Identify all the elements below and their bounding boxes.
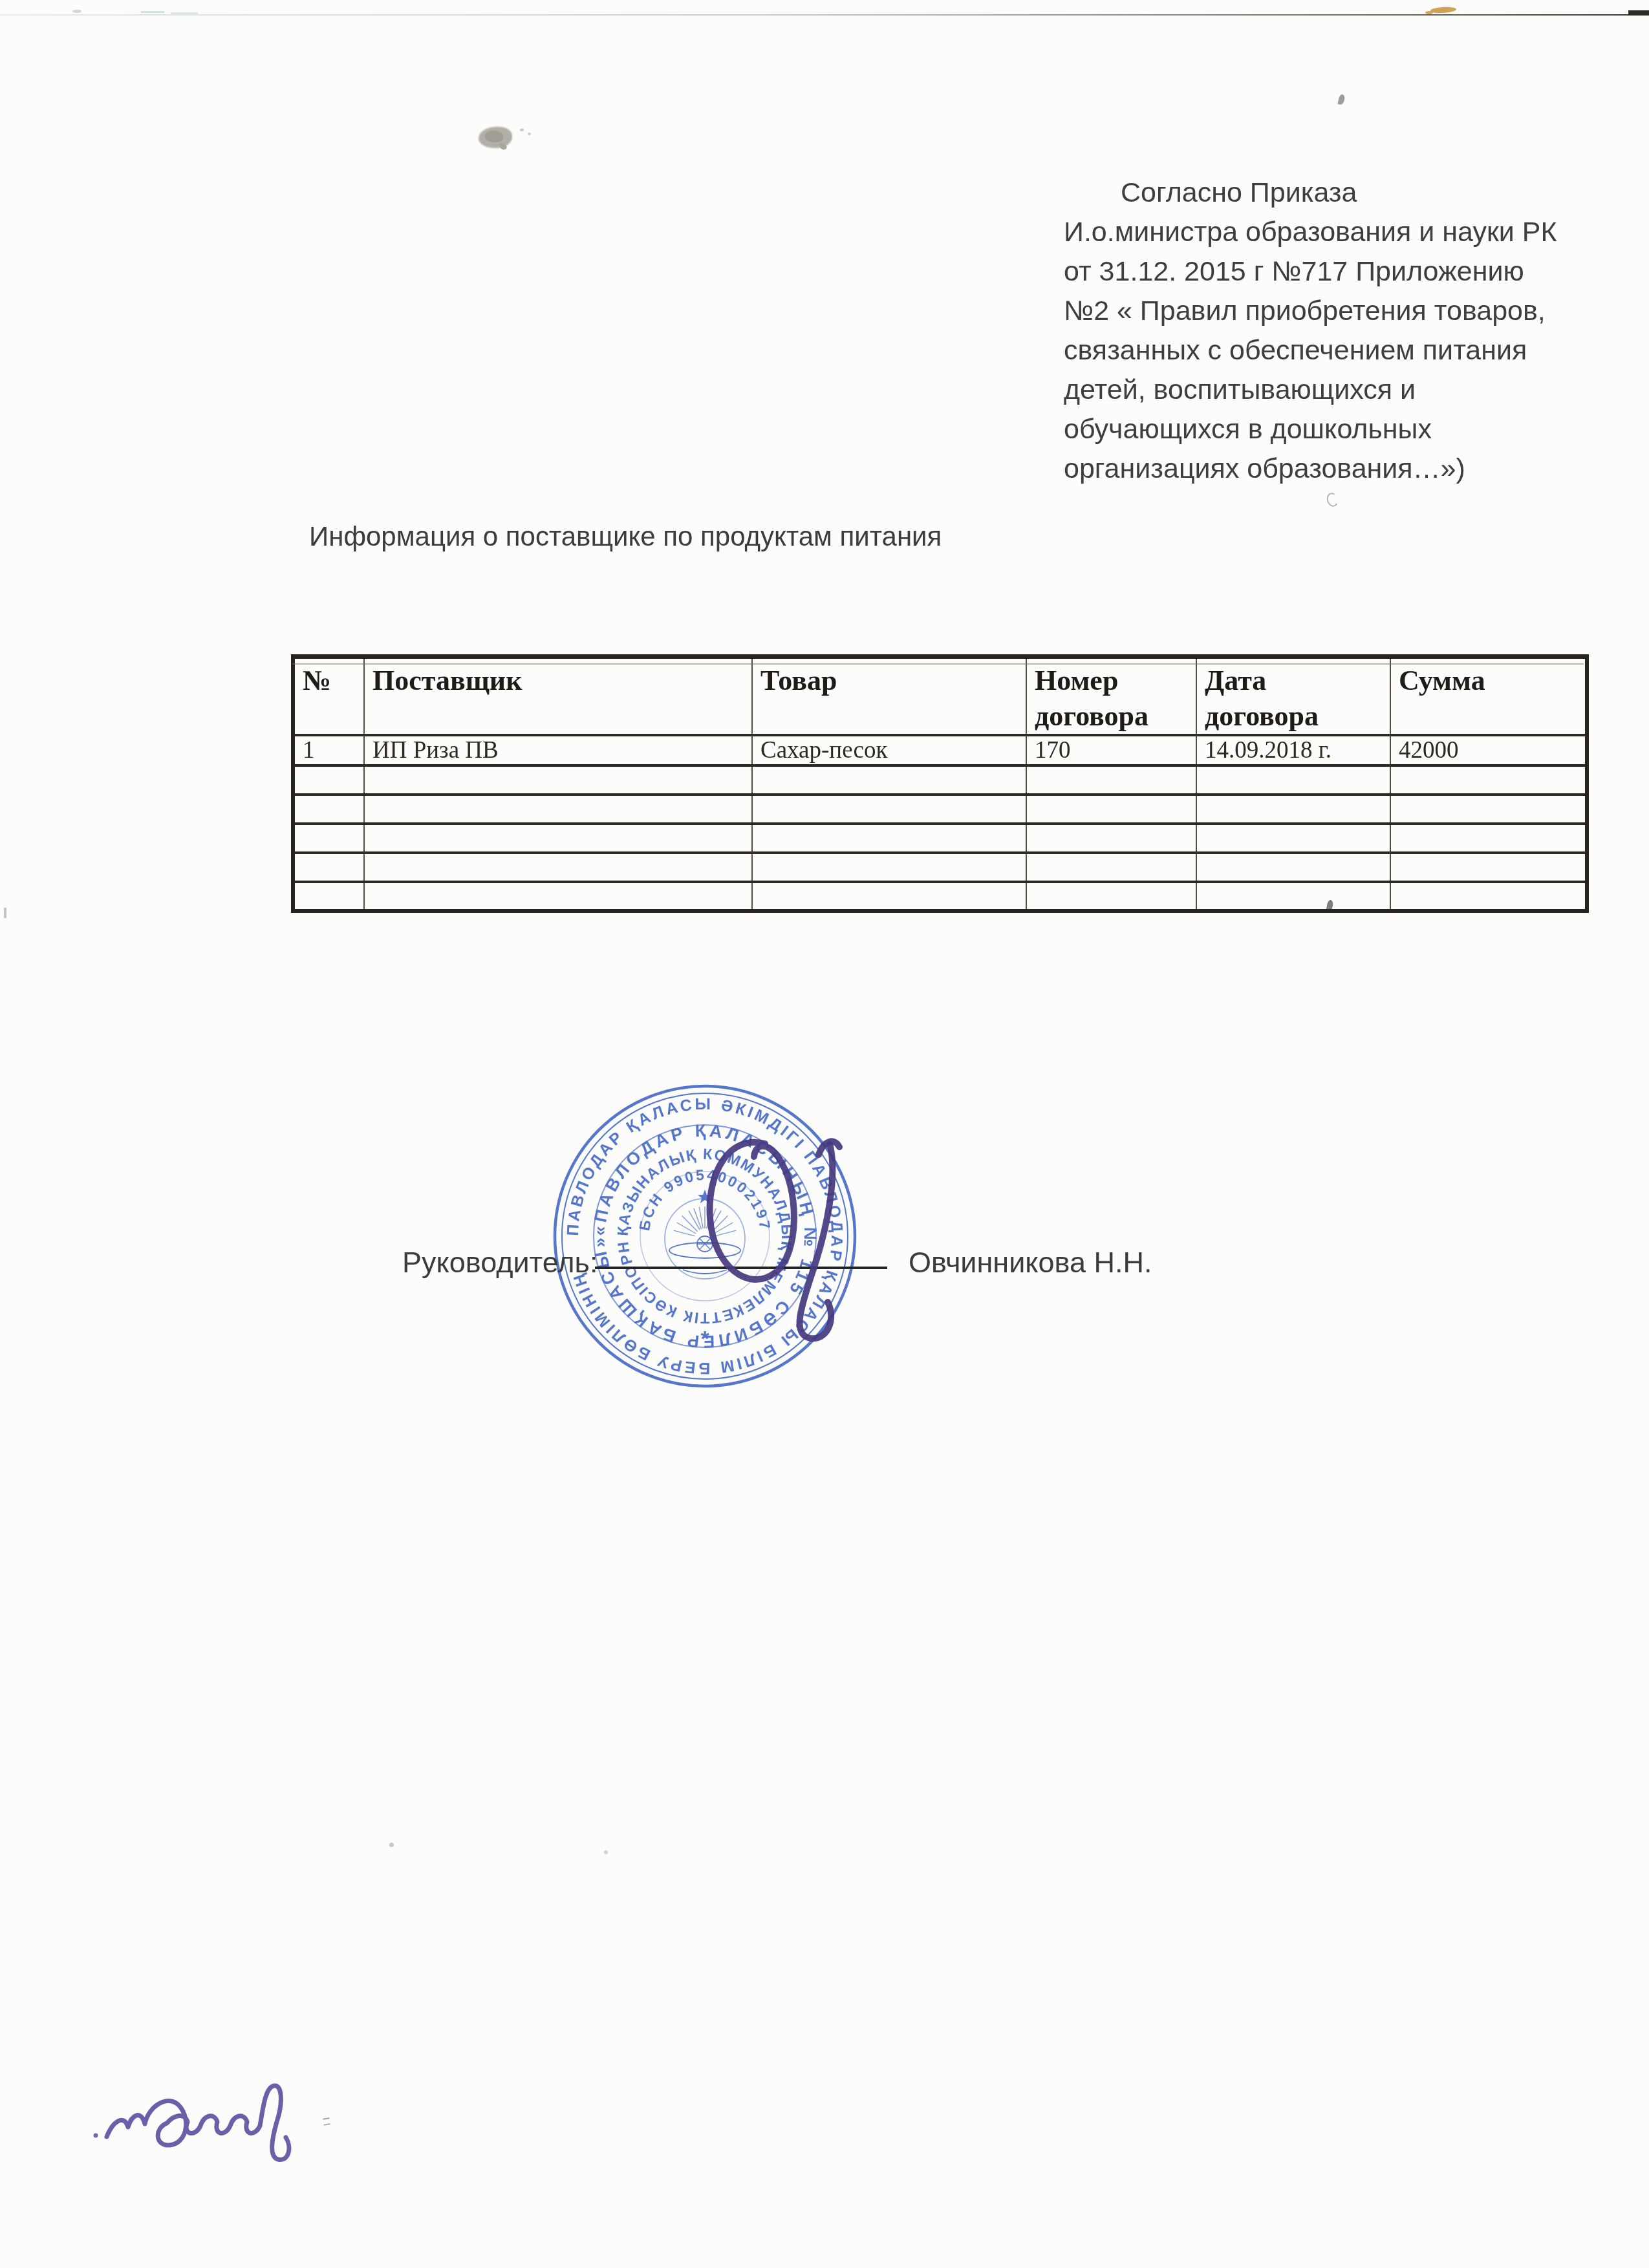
note-line: организациях образования…»)	[1064, 449, 1613, 489]
table-header-amount: Сумма	[1390, 657, 1587, 736]
table-cell	[1196, 765, 1390, 795]
table-row-empty	[293, 853, 1587, 882]
table-row: 1 ИП Риза ПВ Сахар-песок 170 14.09.2018 …	[293, 735, 1587, 765]
scan-artifact-dot	[389, 1843, 394, 1847]
director-label: Руководитель:	[402, 1246, 598, 1279]
note-line: №2 « Правил приобретения товаров,	[1064, 292, 1613, 331]
table-cell	[1390, 853, 1587, 882]
table-cell	[1390, 765, 1587, 795]
table-cell-product: Сахар-песок	[752, 735, 1026, 765]
table-cell	[752, 882, 1026, 911]
order-reference-note: Согласно Приказа И.о.министра образовани…	[1064, 173, 1613, 489]
table-cell	[1026, 882, 1196, 911]
table-cell	[1026, 824, 1196, 853]
table-cell-number: 1	[293, 735, 364, 765]
table-header-contract-date: Дата договора	[1196, 657, 1390, 736]
table-cell	[1026, 853, 1196, 882]
table-header-row: № Поставщик Товар Номер договора Дата до…	[293, 657, 1587, 736]
scan-artifact-comma-mark	[1337, 94, 1345, 105]
note-line: детей, воспитывающихся и	[1064, 370, 1613, 410]
table-cell	[364, 765, 752, 795]
table-cell-supplier: ИП Риза ПВ	[364, 735, 752, 765]
table-cell	[1390, 824, 1587, 853]
table-cell	[293, 882, 364, 911]
table-cell	[293, 824, 364, 853]
handwritten-signature	[91, 2069, 310, 2179]
table-row-empty	[293, 824, 1587, 853]
table-cell	[752, 853, 1026, 882]
table-cell-contract-date: 14.09.2018 г.	[1196, 735, 1390, 765]
table-cell	[1390, 882, 1587, 911]
note-line: связанных с обеспечением питания	[1064, 331, 1613, 370]
table-cell	[1196, 853, 1390, 882]
note-line: обучающихся в дошкольных	[1064, 410, 1613, 449]
table-cell	[364, 882, 752, 911]
scan-artifact-orange-speck	[1430, 6, 1457, 14]
scan-artifact-orange-speck	[1425, 11, 1433, 14]
scan-artifact-edge-dash	[4, 908, 6, 918]
scan-artifact-dot	[604, 1850, 608, 1854]
table-cell	[293, 853, 364, 882]
table-header-number: №	[293, 657, 364, 736]
table-row-empty	[293, 795, 1587, 824]
table-cell	[1026, 765, 1196, 795]
scan-artifact-speck	[528, 133, 531, 135]
table-header-contract-number: Номер договора	[1026, 657, 1196, 736]
scanned-document-page: Согласно Приказа И.о.министра образовани…	[0, 0, 1649, 2268]
suppliers-table: № Поставщик Товар Номер договора Дата до…	[291, 654, 1589, 913]
table-cell	[1196, 882, 1390, 911]
scan-artifact-equals-mark	[323, 2117, 330, 2125]
note-line: И.о.министра образования и науки РК	[1064, 213, 1613, 252]
table-cell	[752, 765, 1026, 795]
table-cell	[293, 795, 364, 824]
note-line: от 31.12. 2015 г №717 Приложению	[1064, 252, 1613, 292]
table-cell	[752, 795, 1026, 824]
table-row-empty	[293, 882, 1587, 911]
scan-artifact-speck	[72, 10, 81, 13]
scan-artifact-table-double-line	[292, 663, 1584, 665]
table-cell	[1026, 795, 1196, 824]
table-cell	[1196, 795, 1390, 824]
table-cell	[293, 765, 364, 795]
document-title: Информация о поставщике по продуктам пит…	[309, 521, 942, 552]
table-cell	[1196, 824, 1390, 853]
table-cell	[364, 795, 752, 824]
director-signature	[666, 1125, 873, 1358]
scan-artifact-top-edge-line	[0, 14, 1649, 16]
scan-artifact-cyan-dash	[141, 11, 164, 13]
table-row-empty	[293, 765, 1587, 795]
scan-artifact-gray-blob	[485, 131, 503, 142]
note-line: Согласно Приказа	[1064, 173, 1613, 213]
table-cell-contract-number: 170	[1026, 735, 1196, 765]
scan-artifact-speck	[520, 129, 524, 131]
table-cell	[752, 824, 1026, 853]
director-name: Овчинникова Н.Н.	[909, 1246, 1152, 1279]
table-cell	[364, 824, 752, 853]
table-cell-amount: 42000	[1390, 735, 1587, 765]
scan-artifact-cyan-dash	[171, 12, 198, 14]
table-cell	[1390, 795, 1587, 824]
scan-artifact-squiggle	[1325, 491, 1339, 508]
table-header-product: Товар	[752, 657, 1026, 736]
scan-artifact-dark-corner	[1628, 10, 1649, 16]
table-header-supplier: Поставщик	[364, 657, 752, 736]
table-cell	[364, 853, 752, 882]
